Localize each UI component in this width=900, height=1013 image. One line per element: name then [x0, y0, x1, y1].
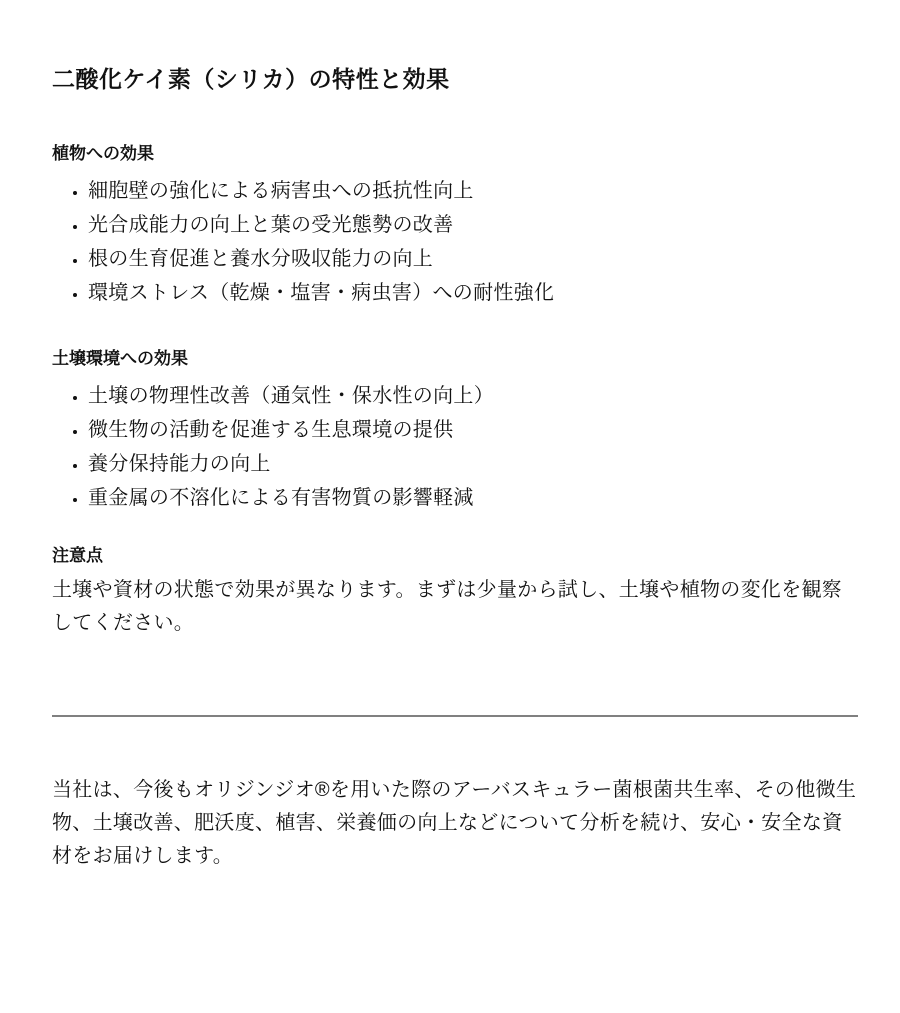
notes-paragraph: 土壌や資材の状態で効果が異なります。まずは少量から試し、土壌や植物の変化を観察し…	[52, 574, 858, 640]
list-item: 環境ストレス（乾燥・塩害・病虫害）への耐性強化	[88, 276, 858, 310]
footer-paragraph: 当社は、今後もオリジンジオ®を用いた際のアーバスキュラー菌根菌共生率、その他微生…	[52, 774, 858, 873]
page-title: 二酸化ケイ素（シリカ）の特性と効果	[52, 64, 858, 94]
list-item: 養分保持能力の向上	[88, 447, 858, 481]
section-divider	[52, 715, 858, 717]
section-heading-notes: 注意点	[52, 543, 858, 568]
section-heading-soil-effects: 土壌環境への効果	[52, 346, 858, 371]
list-item: 重金属の不溶化による有害物質の影響軽減	[88, 481, 858, 515]
list-item: 土壌の物理性改善（通気性・保水性の向上）	[88, 379, 858, 413]
section-heading-plant-effects: 植物への効果	[52, 141, 858, 166]
document-page: 二酸化ケイ素（シリカ）の特性と効果 植物への効果 細胞壁の強化による病害虫への抵…	[52, 64, 858, 873]
list-item: 微生物の活動を促進する生息環境の提供	[88, 413, 858, 447]
list-item: 光合成能力の向上と葉の受光態勢の改善	[88, 208, 858, 242]
list-item: 細胞壁の強化による病害虫への抵抗性向上	[88, 174, 858, 208]
list-item: 根の生育促進と養水分吸収能力の向上	[88, 242, 858, 276]
plant-effects-list: 細胞壁の強化による病害虫への抵抗性向上 光合成能力の向上と葉の受光態勢の改善 根…	[52, 174, 858, 310]
soil-effects-list: 土壌の物理性改善（通気性・保水性の向上） 微生物の活動を促進する生息環境の提供 …	[52, 379, 858, 515]
